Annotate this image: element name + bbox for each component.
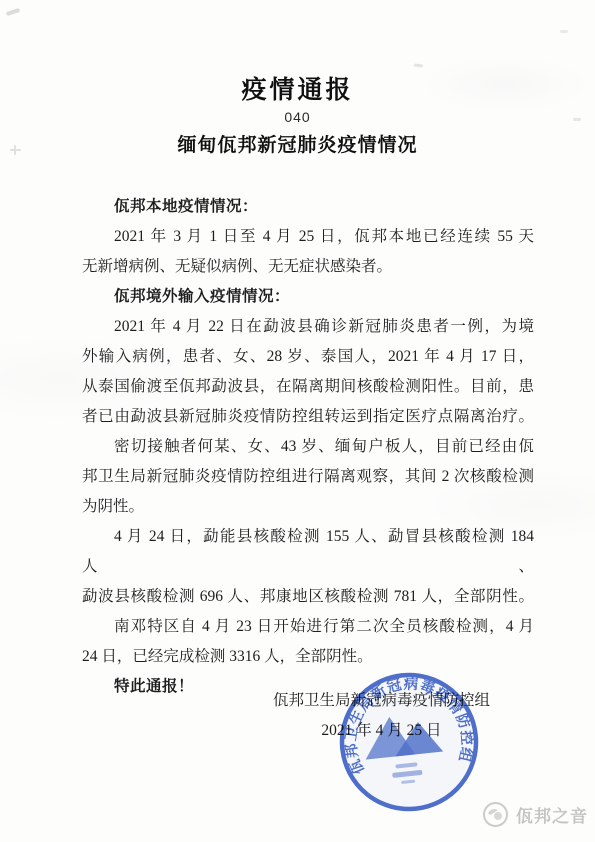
body-line: 无新增病例、无疑似病例、无无症状感染者。 [82,252,534,282]
section-heading-imported: 佤邦境外输入疫情情况： [82,282,534,312]
body-line: 南邓特区自 4 月 23 日开始进行第二次全员核酸检测，4 月 [82,612,534,642]
body-line: 为阴性。 [82,492,534,522]
scan-artifact [560,30,568,33]
body-line: 勐波县核酸检测 696 人、邦康地区核酸检测 781 人，全部阴性。 [82,582,534,612]
seal-graphic: 佤邦卫生局新冠病毒疫情防控组 [331,664,487,820]
body-line: 从泰国偷渡至佤邦勐波县，在隔离期间核酸检测阳性。目前，患 [82,372,534,402]
body-line: 密切接触者何某、女、43 岁、缅甸户板人，目前已经由佤 [82,432,534,462]
watermark-logo-icon [482,801,509,828]
document-body: 佤邦本地疫情情况： 2021 年 3 月 1 日至 4 月 25 日，佤邦本地已… [82,192,534,702]
watermark: 佤邦之音 [482,801,588,828]
document-title: 疫情通报 [0,70,595,106]
body-line: 外输入病例，患者、女、28 岁、泰国人，2021 年 4 月 17 日， [82,342,534,372]
body-line: 2021 年 3 月 1 日至 4 月 25 日，佤邦本地已经连续 55 天 [82,222,534,252]
watermark-text: 佤邦之音 [516,802,588,827]
section-heading-local: 佤邦本地疫情情况： [82,192,534,222]
body-line: 者已由勐波县新冠肺炎疫情防控组转运到指定医疗点隔离治疗。 [82,402,534,432]
document-number: 040 [0,109,595,125]
body-line: 邦卫生局新冠肺炎疫情防控组进行隔离观察，其间 2 次核酸检测 [82,462,534,492]
body-line: 2021 年 4 月 22 日在勐波县确诊新冠肺炎患者一例，为境 [82,312,534,342]
document-subtitle: 缅甸佤邦新冠肺炎疫情情况 [0,130,595,157]
official-seal-stamp: 佤邦卫生局新冠病毒疫情防控组 [331,664,487,820]
scan-artifact [6,8,21,16]
scanned-document-page: 疫情通报 040 缅甸佤邦新冠肺炎疫情情况 佤邦本地疫情情况： 2021 年 3… [0,0,595,842]
scan-artifact [414,63,423,67]
body-line: 4 月 24 日，勐能县核酸检测 155 人、勐冒县核酸检测 184 人、 [82,522,534,582]
